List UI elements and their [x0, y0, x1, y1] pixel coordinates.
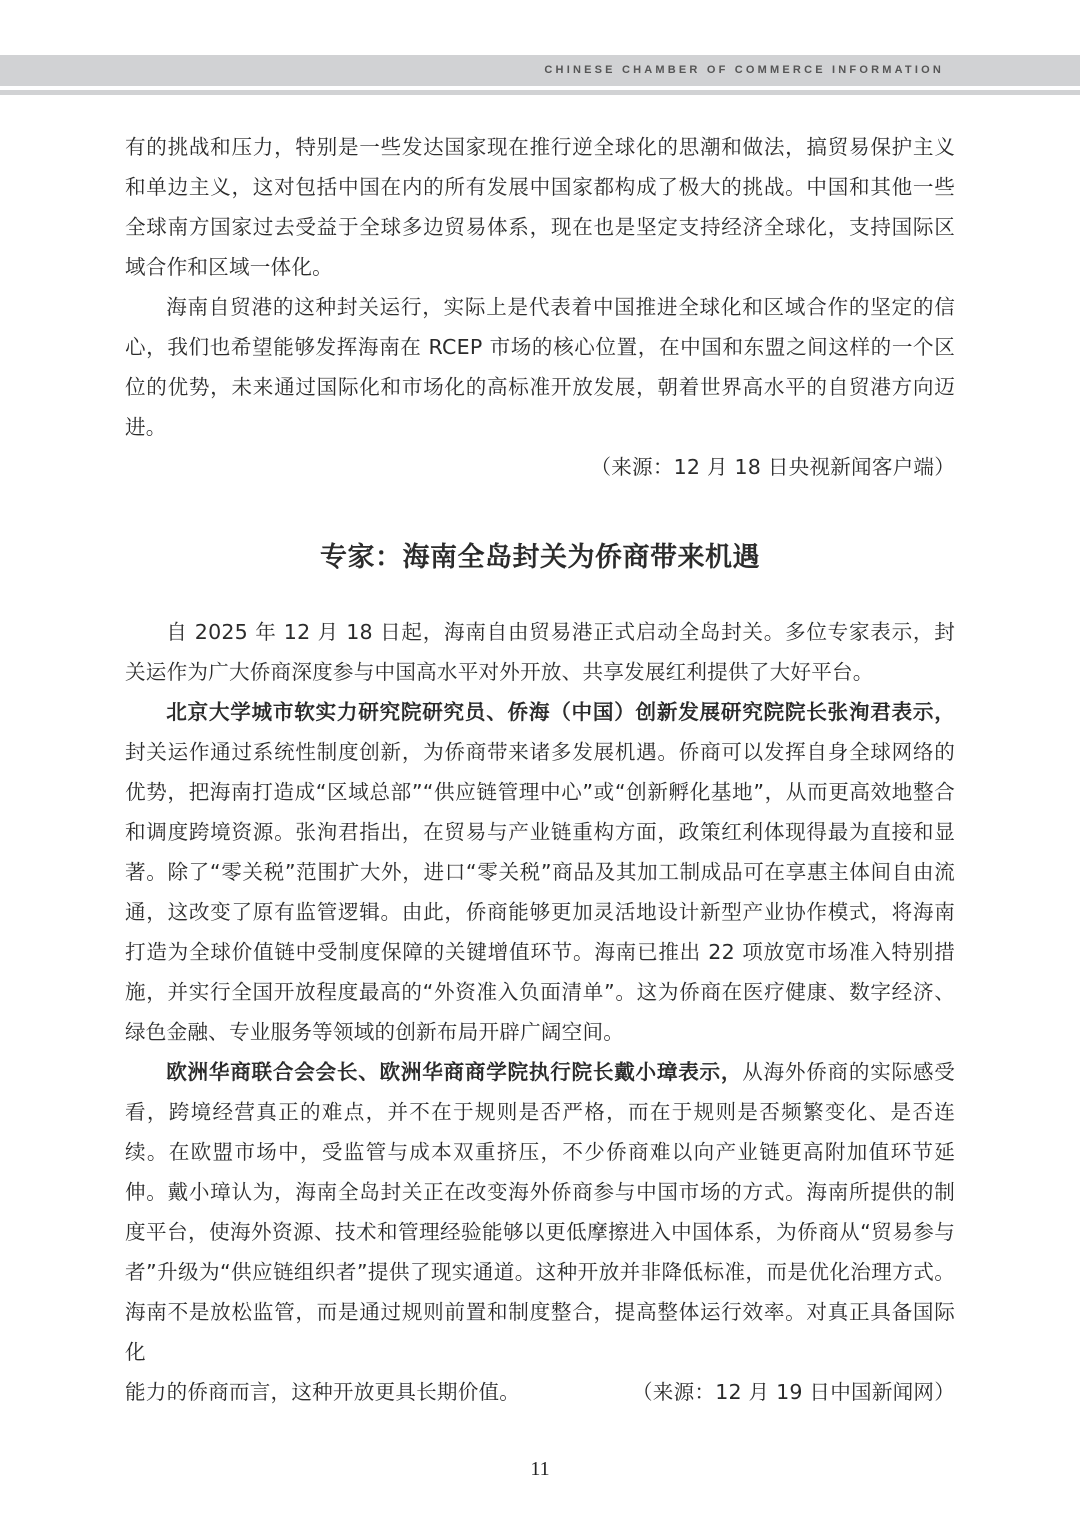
- paragraph: 海南自贸港的这种封关运行，实际上是代表着中国推进全球化和区域合作的坚定的信心，我…: [125, 287, 955, 447]
- publication-name: CHINESE CHAMBER OF COMMERCE INFORMATION: [544, 55, 944, 86]
- article-title: 专家：海南全岛封关为侨商带来机遇: [125, 487, 955, 612]
- source-citation: （来源：12 月 18 日央视新闻客户端）: [125, 447, 955, 487]
- page-content: 有的挑战和压力，特别是一些发达国家现在推行逆全球化的思潮和做法，搞贸易保护主义和…: [125, 127, 955, 1412]
- paragraph: 欧洲华商联合会会长、欧洲华商商学院执行院长戴小璋表示，从海外侨商的实际感受看，跨…: [125, 1052, 955, 1372]
- paragraph-last-line: 能力的侨商而言，这种开放更具长期价值。（来源：12 月 19 日中国新闻网）: [125, 1372, 955, 1412]
- paragraph-tail: 能力的侨商而言，这种开放更具长期价值。: [125, 1372, 520, 1412]
- paragraph-body: 封关运作通过系统性制度创新，为侨商带来诸多发展机遇。侨商可以发挥自身全球网络的优…: [125, 740, 955, 1044]
- paragraph-body: 从海外侨商的实际感受看，跨境经营真正的难点，并不在于规则是否严格，而在于规则是否…: [125, 1060, 955, 1364]
- paragraph: 有的挑战和压力，特别是一些发达国家现在推行逆全球化的思潮和做法，搞贸易保护主义和…: [125, 127, 955, 287]
- header-divider: [0, 90, 1080, 95]
- article-continued: 有的挑战和压力，特别是一些发达国家现在推行逆全球化的思潮和做法，搞贸易保护主义和…: [125, 127, 955, 487]
- page-number: 11: [0, 1458, 1080, 1481]
- source-citation: （来源：12 月 19 日中国新闻网）: [632, 1372, 955, 1412]
- speaker-lead: 欧洲华商联合会会长、欧洲华商商学院执行院长戴小璋表示，: [166, 1060, 742, 1084]
- article-experts: 专家：海南全岛封关为侨商带来机遇 自 2025 年 12 月 18 日起，海南自…: [125, 487, 955, 1412]
- speaker-lead: 北京大学城市软实力研究院研究员、侨海（中国）创新发展研究院院长张洵君表示，: [166, 700, 955, 724]
- paragraph: 北京大学城市软实力研究院研究员、侨海（中国）创新发展研究院院长张洵君表示，封关运…: [125, 692, 955, 1052]
- paragraph: 自 2025 年 12 月 18 日起，海南自由贸易港正式启动全岛封关。多位专家…: [125, 612, 955, 692]
